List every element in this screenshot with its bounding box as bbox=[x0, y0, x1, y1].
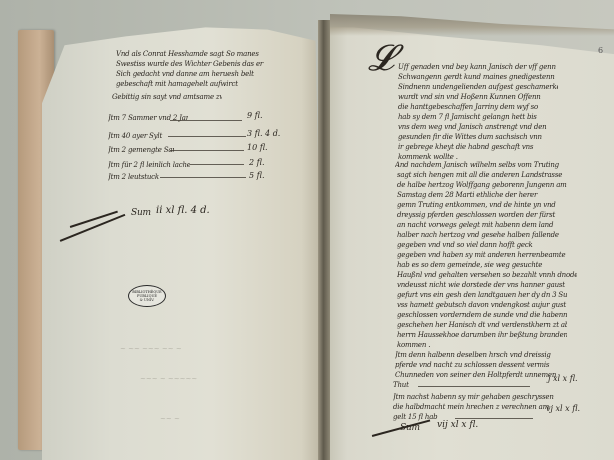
entry-amount: j xl x fl. bbox=[548, 374, 578, 383]
entry-amount: 2 fl. bbox=[249, 158, 265, 167]
text-line: Haußnl vnd gehalten versehen so bezahlt … bbox=[397, 270, 577, 281]
header-line: Vnd als Conrat Hesshamde sagt So manes bbox=[116, 49, 296, 60]
entry-rule bbox=[190, 164, 244, 165]
text-line: die halbdmacht mein hrechen z verechnen … bbox=[393, 402, 558, 413]
sum-value: ii xl fl. 4 d. bbox=[156, 205, 210, 216]
text-line: an nacht vorwegs gelegt mit habenn dem l… bbox=[397, 220, 567, 231]
text-line: vss hamett gebutsch davon vndengkost auj… bbox=[397, 300, 567, 311]
bleed-through-marks: ~ ~~ ~~~ ~~ ~ bbox=[120, 345, 182, 353]
entry-rule bbox=[170, 120, 242, 121]
entry-amount: 3 fl. 4 d. bbox=[247, 129, 280, 138]
entry-rule bbox=[168, 136, 246, 137]
entry-amount: vj xl x fl. bbox=[546, 404, 580, 413]
stamp-text: & UNIV. bbox=[129, 298, 165, 302]
library-stamp: BIBLIOTHÈQUE PUBLIQUE & UNIV. bbox=[128, 285, 166, 307]
text-line: gefurt vns ein gesh den landtgauen her d… bbox=[397, 290, 567, 301]
ledger-entry: Jtm 40 ayer Sylt bbox=[108, 131, 168, 142]
decorated-initial: 𝓛 bbox=[368, 38, 394, 80]
sum-label: Sum bbox=[400, 423, 420, 434]
text-line: vndeusst nicht wie dorstede der vns hann… bbox=[397, 280, 567, 291]
folio-number: 6 bbox=[598, 46, 603, 55]
text-line: gesunden fir die Wittes dum sachsisch vn… bbox=[398, 132, 558, 143]
text-line: gegeben vnd vnd so viel dann hofft geck bbox=[397, 240, 567, 251]
text-line: Schwangenn gerdt kund maines gnedigesten… bbox=[398, 72, 558, 83]
ledger-entry: Jtm 2 gemengte Sammet bbox=[108, 145, 174, 156]
entry-amount: 10 fl. bbox=[247, 143, 268, 152]
text-line: Uff genaden vnd bey kann Janisch der vff… bbox=[398, 62, 558, 73]
text-line: gemn Truting entkommen, vnd de hinte yn … bbox=[397, 200, 567, 211]
entry-rule bbox=[170, 150, 244, 151]
header-line: Swestiss wurde des Wichter Gebenis das e… bbox=[116, 59, 296, 70]
text-line: Sindnenn undengelienden aufgest geschame… bbox=[398, 82, 558, 93]
text-line: Samstag dem 28 Marti ethliche der herer bbox=[397, 190, 567, 201]
ledger-entry: Jtm für 2 fl leinlich lachen bbox=[108, 160, 190, 171]
intro-line: Gebittig sin sayt vnd amtsame zwo bbox=[112, 92, 222, 103]
entry-rule bbox=[455, 418, 533, 419]
text-line: hab sy dem 7 fl Jamischt gelangn hett bi… bbox=[398, 112, 558, 123]
text-line: herrn Haussekhoe darumben ihr beßtung br… bbox=[397, 330, 567, 341]
text-line: halber nach hertzog vnd gesehe halben fa… bbox=[397, 230, 567, 241]
bleed-through-marks: ~~ ~ bbox=[160, 415, 180, 423]
ledger-entry: Jtm 2 leutstuck bbox=[108, 172, 162, 183]
text-line: Chunneden von seiner den Holtpferdt unne… bbox=[395, 370, 560, 381]
entry-rule bbox=[418, 386, 530, 387]
text-line: ir gebrege kheyt die habnd geschaft vns bbox=[398, 142, 558, 153]
text-line: pferde vnd nacht zu schlossen dessent ve… bbox=[395, 360, 560, 371]
text-line: Jtm denn halbenn deselben hrsch vnd drei… bbox=[395, 350, 560, 361]
text-line: Jtm nachst habenn sy mir gehaben geschry… bbox=[393, 392, 558, 403]
header-line: Sich gedacht vnd danne am heruesh belt bbox=[116, 69, 296, 80]
text-line: gegeben vnd haben sy mit anderen herrenb… bbox=[397, 250, 567, 261]
text-line: dreyssig pferden geschlossen worden der … bbox=[397, 210, 567, 221]
book-gutter bbox=[318, 20, 330, 460]
header-line: gebeschaft mit hamagehelt aufwirct bbox=[116, 79, 296, 90]
ledger-entry: Jtm 7 Sammer vnd 2 Jaren bbox=[108, 113, 188, 124]
text-line: And nachdem Janisch wilhelm selbs vom Tr… bbox=[395, 160, 565, 171]
text-line: sagt sich hengen mit all die anderen Lan… bbox=[397, 170, 567, 181]
text-line: geschehen her Hanisch dt vnd verdenstkhe… bbox=[397, 320, 567, 331]
bleed-through-marks: ~~~ ~ ~~~~~ bbox=[140, 375, 197, 383]
sum-value: vij xl x fl. bbox=[437, 420, 478, 430]
text-line: geschlossen vorderndem de sunde vnd die … bbox=[397, 310, 567, 321]
text-line: vns dem weg vnd Janisch anstrengt vnd de… bbox=[398, 122, 558, 133]
text-line: de halbe hertzog Wolffgang geborenn Jung… bbox=[397, 180, 567, 191]
text-line: kommen . bbox=[397, 340, 437, 351]
sum-label: Sum bbox=[131, 208, 151, 219]
entry-rule bbox=[160, 177, 246, 178]
entry-amount: 9 fl. bbox=[247, 111, 263, 120]
entry-amount: 5 fl. bbox=[249, 171, 265, 180]
text-line: die hanttgebeschaffen Jarriny dem wyf so bbox=[398, 102, 558, 113]
text-line: wurdt vnd sin vnd Hoßenn Kunnen Offenn bbox=[398, 92, 558, 103]
text-line: hab es so dem gemeinde, sie weg gesuchte bbox=[397, 260, 567, 271]
